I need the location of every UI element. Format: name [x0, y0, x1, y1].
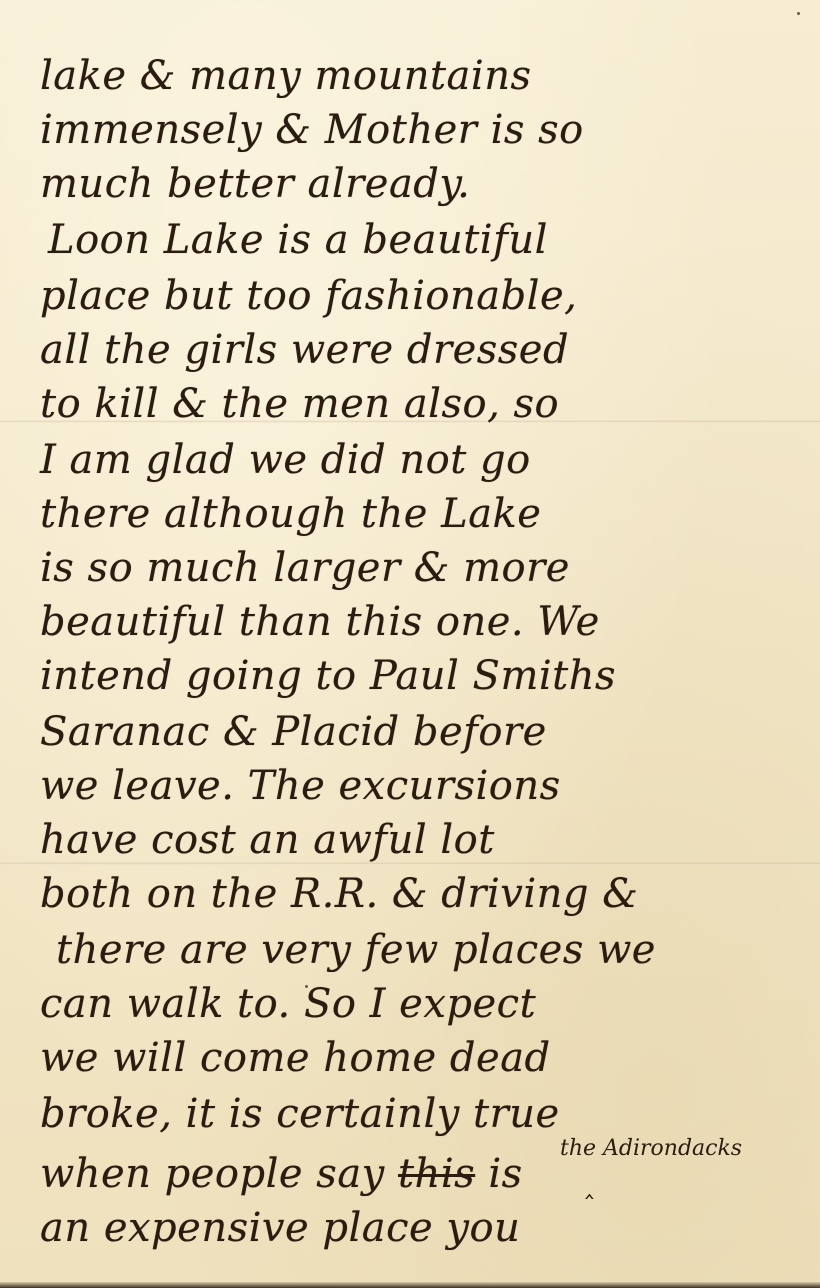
insertion-caret: ‸ — [585, 1170, 594, 1200]
letter-line: is — [475, 1151, 523, 1197]
letter-line: can walk to. So I expect — [40, 980, 536, 1028]
struck-word: this — [398, 1151, 475, 1197]
paper-speck — [797, 12, 800, 15]
letter-line: when people say — [40, 1151, 398, 1197]
page-bottom-edge — [0, 1282, 820, 1288]
letter-line: lake & many mountains — [40, 52, 531, 100]
letter-page: lake & many mountains immensely & Mother… — [0, 0, 820, 1288]
letter-line: we will come home dead — [40, 1034, 551, 1082]
letter-line: intend going to Paul Smiths — [40, 652, 616, 700]
letter-line: place but too fashionable, — [40, 272, 577, 320]
letter-line: Loon Lake is a beautiful — [48, 216, 548, 264]
letter-line-with-correction: when people say this is — [40, 1150, 523, 1198]
letter-line: is so much larger & more — [40, 544, 570, 592]
interlinear-insertion: the Adirondacks — [560, 1136, 742, 1161]
letter-line: to kill & the men also, so — [40, 380, 559, 428]
letter-line: there are very few places we — [56, 926, 656, 974]
letter-line: we leave. The excursions — [40, 762, 561, 810]
letter-line: an expensive place you — [40, 1204, 520, 1252]
letter-line: much better already. — [40, 160, 470, 208]
letter-line: both on the R.R. & driving & — [40, 870, 638, 918]
letter-line: beautiful than this one. We — [40, 598, 600, 646]
letter-line: broke, it is certainly true — [40, 1090, 560, 1138]
letter-line: immensely & Mother is so — [40, 106, 584, 154]
letter-line: all the girls were dressed — [40, 326, 569, 374]
letter-line: I am glad we did not go — [40, 436, 531, 484]
letter-line: have cost an awful lot — [40, 816, 495, 864]
letter-line: Saranac & Placid before — [40, 708, 547, 756]
letter-line: there although the Lake — [40, 490, 541, 538]
